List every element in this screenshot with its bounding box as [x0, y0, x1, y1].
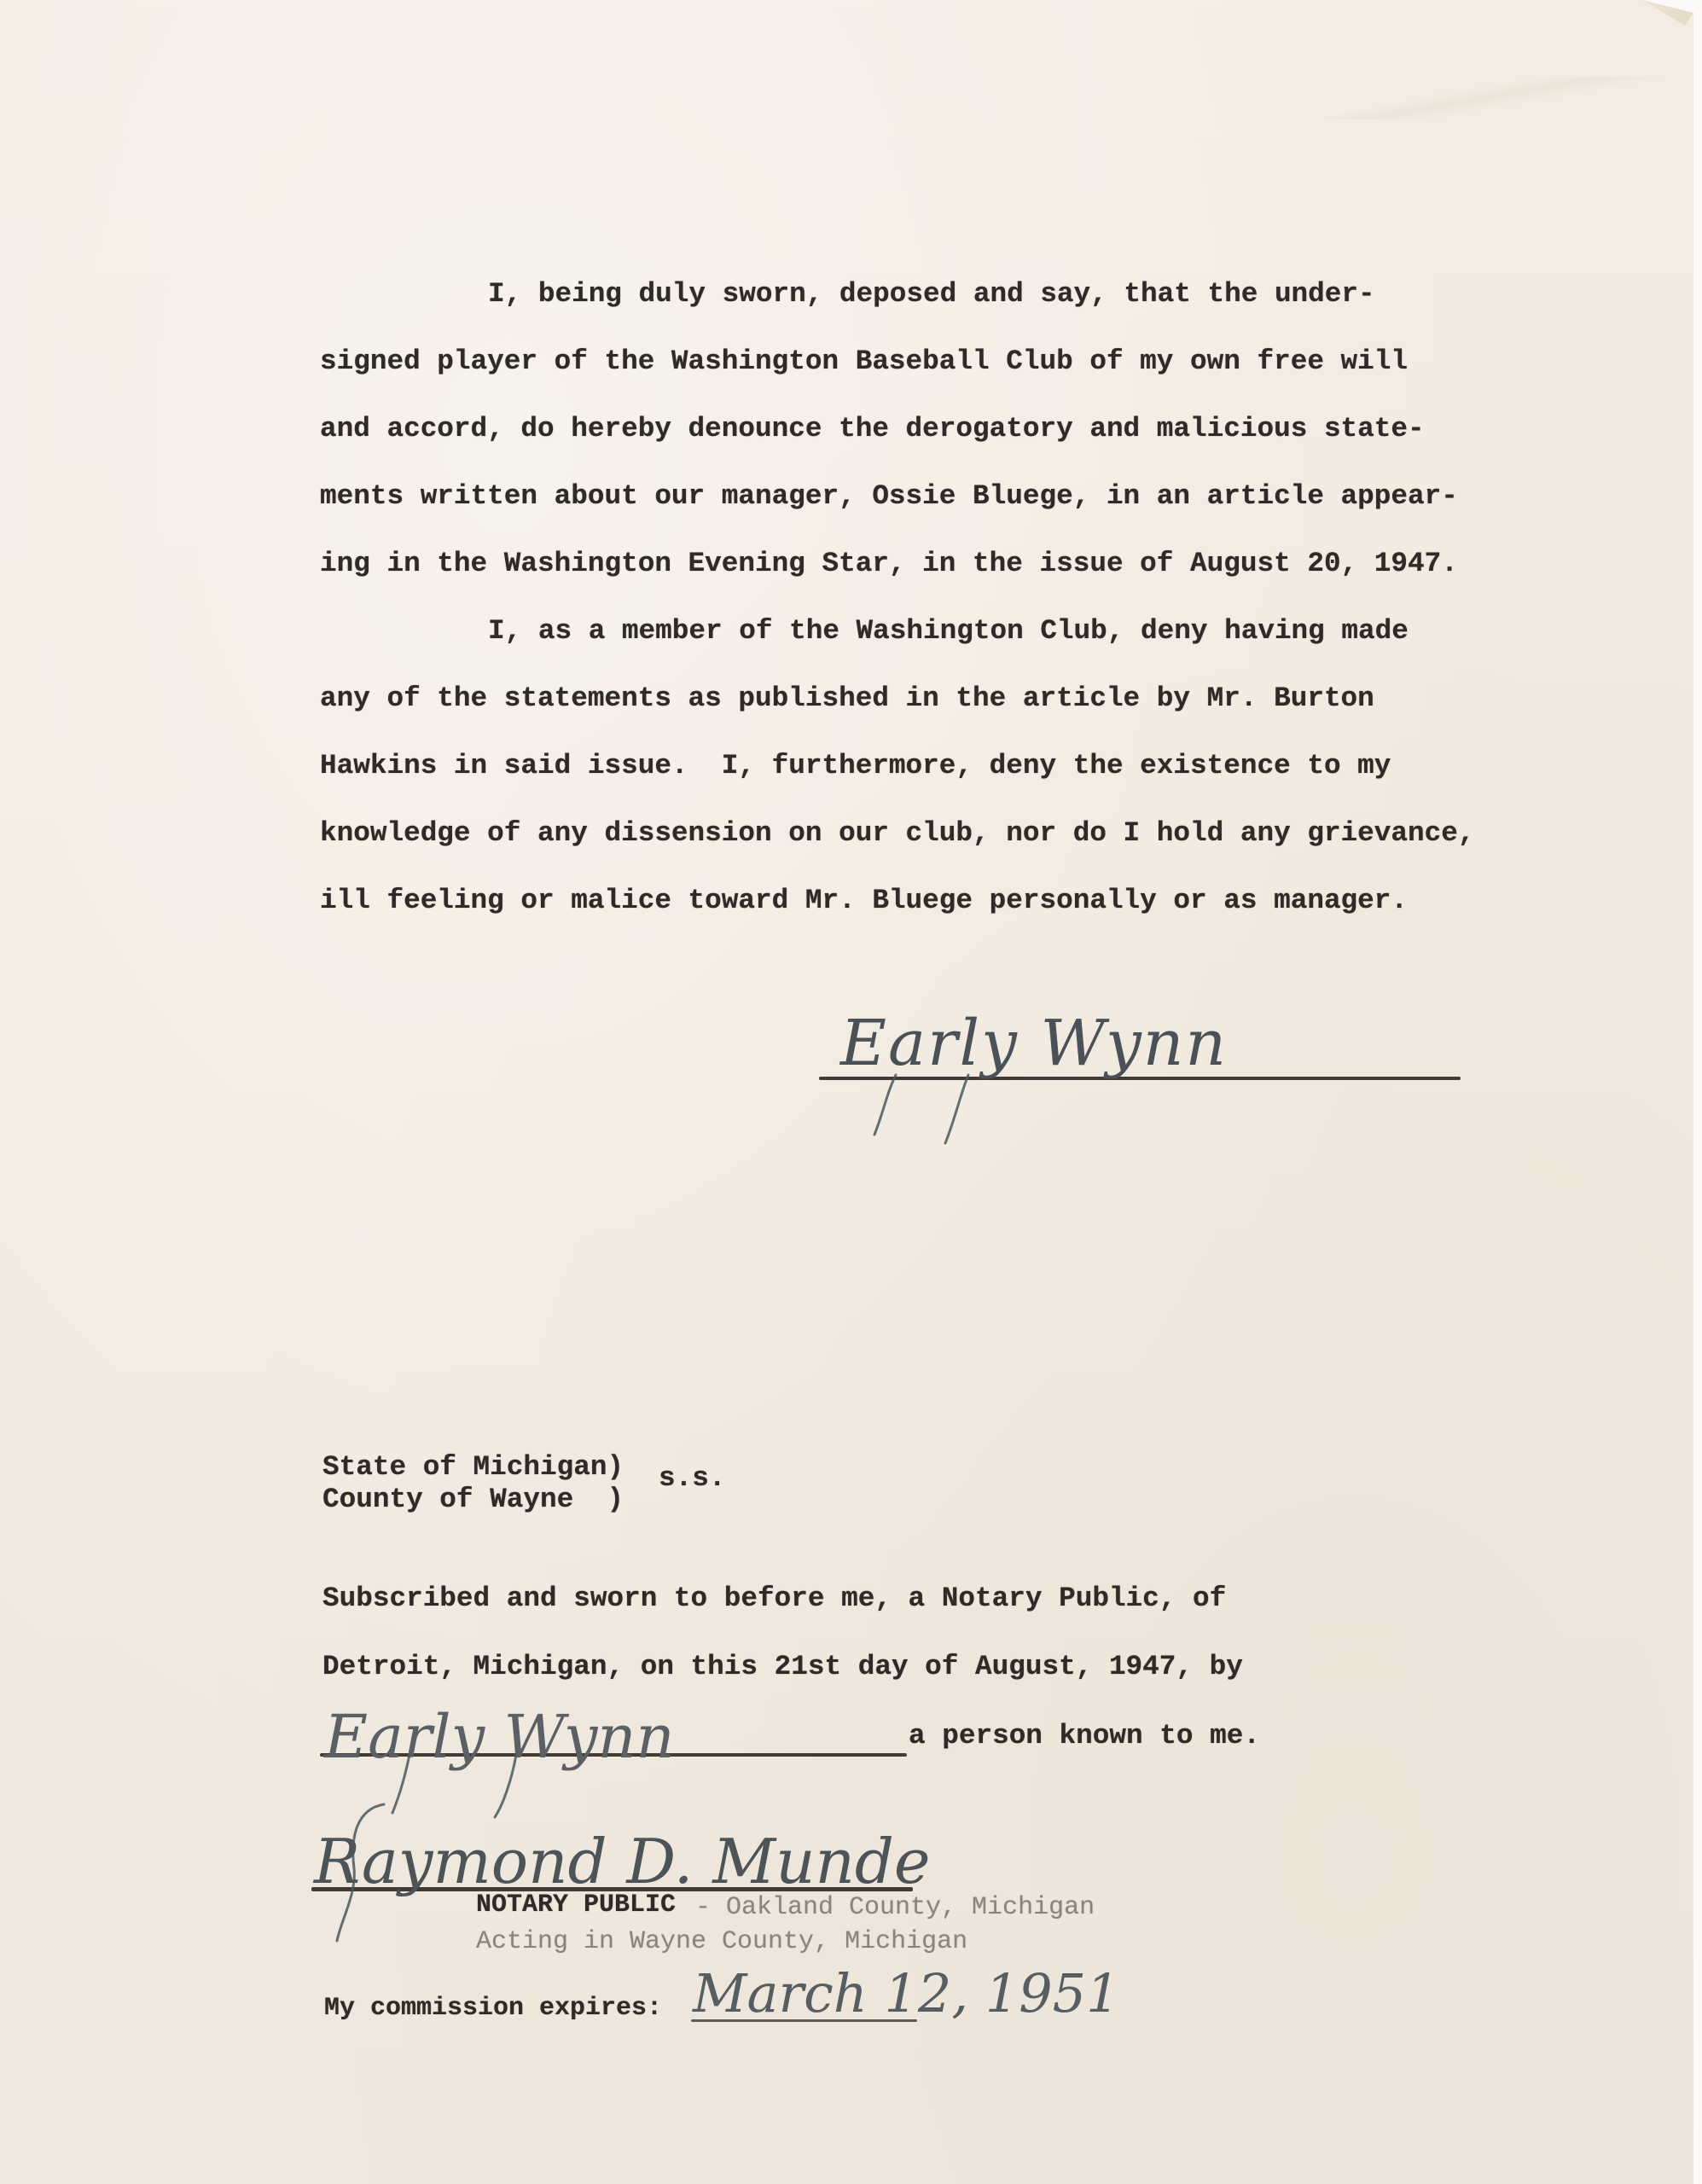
- commission-date: March 12, 1951: [693, 1962, 1120, 2024]
- paragraph-2-line-3: Hawkins in said issue. I, furthermore, d…: [320, 751, 1391, 781]
- jurat-line-3-suffix: a person known to me.: [909, 1721, 1260, 1751]
- paragraph-2-line-2: any of the statements as published in th…: [320, 683, 1374, 714]
- venue-county: County of Wayne ): [322, 1484, 624, 1515]
- paragraph-1-line-5: ing in the Washington Evening Star, in t…: [320, 549, 1458, 579]
- paragraph-1-line-2: signed player of the Washington Baseball…: [320, 346, 1408, 377]
- paragraph-1-line-1: I, being duly sworn, deposed and say, th…: [488, 279, 1375, 310]
- notary-stamp-line-1: - Oakland County, Michigan: [680, 1892, 1095, 1923]
- notary-stamp-line-2: Acting in Wayne County, Michigan: [476, 1926, 967, 1957]
- jurat-line-1: Subscribed and sworn to before me, a Not…: [322, 1583, 1226, 1614]
- paragraph-2-line-4: knowledge of any dissension on our club,…: [320, 818, 1474, 849]
- venue-ss: s.s.: [659, 1463, 725, 1494]
- signature-descender-strokes: [870, 1071, 1041, 1156]
- paper-crease: [1280, 77, 1689, 119]
- paragraph-1-line-4: ments written about our manager, Ossie B…: [320, 481, 1458, 512]
- commission-label: My commission expires:: [324, 1993, 662, 2024]
- affiant-signature: Early Wynn: [840, 1007, 1228, 1080]
- notary-title: NOTARY PUBLIC: [476, 1890, 676, 1920]
- jurat-line-2: Detroit, Michigan, on this 21st day of A…: [322, 1652, 1243, 1682]
- notary-signature-loop: [324, 1800, 427, 1954]
- venue-state: State of Michigan): [322, 1452, 624, 1483]
- paragraph-1-line-3: and accord, do hereby denounce the derog…: [320, 414, 1425, 444]
- paragraph-2-line-5: ill feeling or malice toward Mr. Bluege …: [320, 886, 1408, 916]
- paragraph-2-line-1: I, as a member of the Washington Club, d…: [488, 616, 1409, 647]
